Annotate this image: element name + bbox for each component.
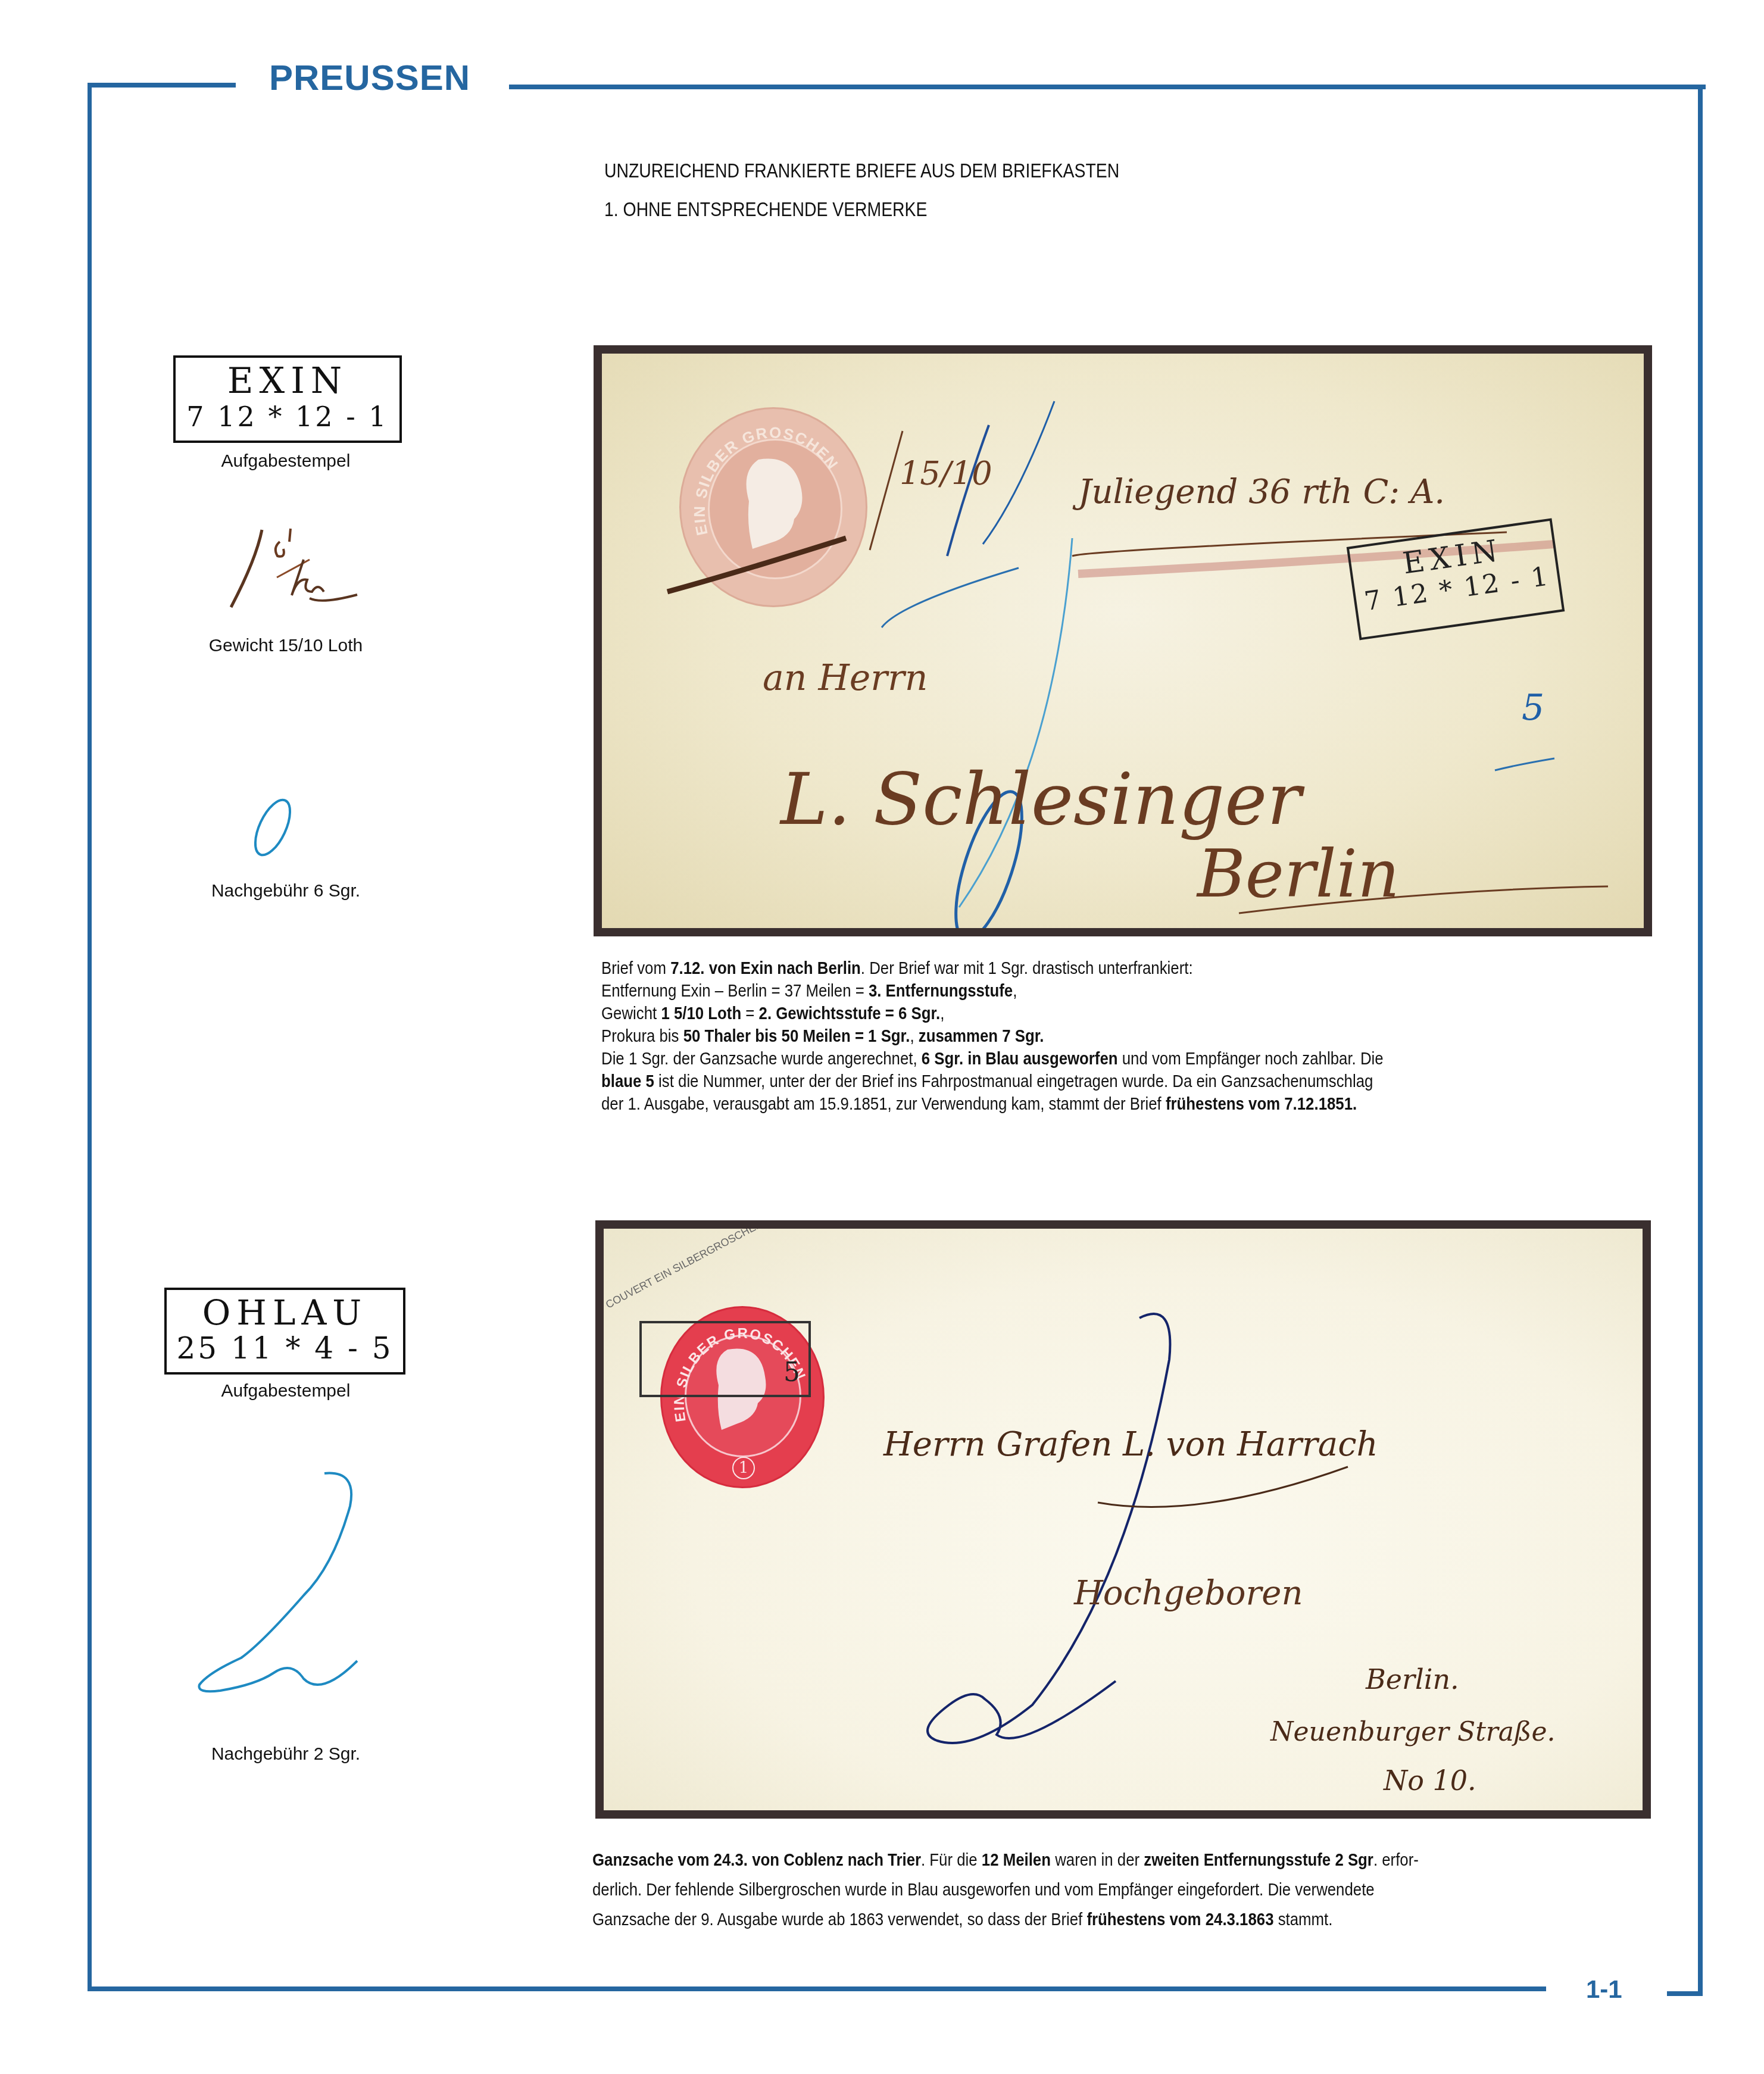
fee-mark-2-handwriting: [185, 1464, 387, 1703]
destination-city: Berlin: [1197, 836, 1400, 912]
page-number: 1-1: [1586, 1975, 1622, 2004]
value-note: Juliegend 36 rth C: A.: [1078, 473, 1445, 511]
frame-left: [88, 83, 92, 1990]
description-line: Entfernung Exin – Berlin = 37 Meilen = 3…: [601, 980, 1384, 1002]
weight-mark-handwriting: [220, 518, 363, 613]
envelope-2: COUVERT EIN SILBERGROSCHEN EIN SILBER GR…: [604, 1229, 1643, 1810]
description-line: Ganzsache vom 24.3. von Coblenz nach Tri…: [592, 1845, 1419, 1875]
blue-number-5: 5: [1522, 687, 1544, 729]
frame-top-left-segment: [88, 83, 236, 88]
subsection-heading: 1. OHNE ENTSPRECHENDE VERMERKE: [604, 198, 927, 221]
exin-cancel-replica: EXIN 7 12 * 12 - 1: [173, 355, 402, 443]
envelope-1-mount: EIN SILBER GROSCHEN 15/10 Juliegend 36 r…: [594, 345, 1652, 936]
description-line: Brief vom 7.12. von Exin nach Berlin. De…: [601, 957, 1384, 980]
cancel-date: 7 12 * 12 - 1: [176, 401, 399, 433]
description-line: Die 1 Sgr. der Ganzsache wurde angerechn…: [601, 1048, 1384, 1070]
cancel-label: Aufgabestempel: [167, 451, 405, 471]
letter-1-description: Brief vom 7.12. von Exin nach Berlin. De…: [601, 957, 1384, 1116]
cancel-town: OHLAU: [167, 1294, 403, 1332]
cancel-label: Aufgabestempel: [167, 1381, 405, 1401]
envelope-1-handwriting: [602, 354, 1644, 928]
envelope-1: EIN SILBER GROSCHEN 15/10 Juliegend 36 r…: [602, 354, 1644, 928]
cancel-town: EXIN: [176, 361, 399, 401]
street: Neuenburger Straße.: [1270, 1717, 1556, 1747]
frame-bottom-left-segment: [88, 1986, 1546, 1991]
section-heading: UNZUREICHEND FRANKIERTE BRIEFE AUS DEM B…: [604, 160, 1119, 182]
page-title: PREUSSEN: [269, 57, 470, 98]
envelope-2-mount: COUVERT EIN SILBERGROSCHEN EIN SILBER GR…: [595, 1220, 1651, 1819]
address-line2: Hochgeboren: [1074, 1574, 1303, 1613]
description-line: Prokura bis 50 Thaler bis 50 Meilen = 1 …: [601, 1025, 1384, 1048]
address-line1: Herrn Grafen L. von Harrach: [883, 1425, 1378, 1464]
frame-right: [1698, 85, 1703, 1995]
description-line: derlich. Der fehlende Silbergroschen wur…: [592, 1875, 1419, 1905]
description-line: blaue 5 ist die Nummer, unter der der Br…: [601, 1070, 1384, 1093]
fee-label: Nachgebühr 2 Sgr.: [167, 1744, 405, 1764]
description-line: Gewicht 1 5/10 Loth = 2. Gewichtsstufe =…: [601, 1002, 1384, 1025]
frame-bottom-right-segment: [1667, 1991, 1703, 1996]
addressee: L. Schlesinger: [780, 758, 1301, 841]
description-line: Ganzsache der 9. Ausgabe wurde ab 1863 v…: [592, 1905, 1419, 1935]
ohlau-cancel-replica: OHLAU 25 11 * 4 - 5: [164, 1288, 405, 1375]
fee-mark-6-handwriting: [238, 786, 310, 869]
weight-label: Gewicht 15/10 Loth: [167, 636, 405, 656]
letter-2-description: Ganzsache vom 24.3. von Coblenz nach Tri…: [592, 1845, 1419, 1935]
description-line: der 1. Ausgabe, verausgabt am 15.9.1851,…: [601, 1093, 1384, 1116]
destination-city: Berlin.: [1366, 1663, 1459, 1695]
fee-label: Nachgebühr 6 Sgr.: [167, 881, 405, 901]
address-line1: an Herrn: [763, 657, 928, 699]
weight-note: 15/10: [900, 455, 992, 492]
frame-top-right-segment: [509, 85, 1706, 89]
house-number: No 10.: [1384, 1764, 1476, 1797]
cancel-date: 25 11 * 4 - 5: [167, 1332, 403, 1365]
